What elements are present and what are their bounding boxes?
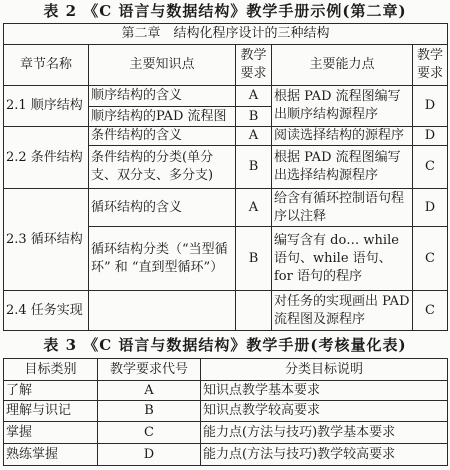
header-row: 章节名称 主要知识点 教学要求 主要能力点 教学要求 bbox=[4, 45, 448, 86]
section-name: 2.2 条件结构 bbox=[4, 127, 89, 189]
table-row: 掌握 C 能力点(方法与技巧)教学基本要求 bbox=[4, 422, 448, 444]
description: 能力点(方法与技巧)教学基本要求 bbox=[201, 422, 448, 444]
table-row: 2.2 条件结构 条件结构的含义 A 阅读选择结构的源程序 D bbox=[4, 127, 448, 146]
header-req1: 教学要求 bbox=[236, 45, 272, 86]
requirement-code: D bbox=[98, 444, 201, 466]
header-ability: 主要能力点 bbox=[272, 45, 413, 86]
ability-req: D bbox=[413, 86, 448, 127]
section-name: 2.1 顺序结构 bbox=[4, 86, 89, 127]
table-row: 熟练掌握 D 能力点(方法与技巧)教学较高要求 bbox=[4, 444, 448, 466]
header-row: 目标类别 教学要求代号 分类目标说明 bbox=[4, 359, 448, 381]
section-name: 2.3 循环结构 bbox=[4, 189, 89, 291]
ability-point: 给含有循环控制语句程序以注释 bbox=[272, 189, 413, 227]
header-knowledge: 主要知识点 bbox=[89, 45, 236, 86]
knowledge-point: 循环结构分类（“当型循环” 和 “直到型循环”） bbox=[89, 227, 236, 291]
knowledge-point: 循环结构的含义 bbox=[89, 189, 236, 227]
header-requirement-code: 教学要求代号 bbox=[98, 359, 201, 381]
target-category: 掌握 bbox=[4, 422, 98, 444]
assessment-quantification-table: 目标类别 教学要求代号 分类目标说明 了解 A 知识点教学基本要求 理解与识记 … bbox=[3, 358, 448, 466]
header-section: 章节名称 bbox=[4, 45, 89, 86]
requirement-code: A bbox=[98, 381, 201, 401]
ability-point: 编写含有 do… while 语句、while 语句、for 语句的程序 bbox=[272, 227, 413, 291]
target-category: 理解与识记 bbox=[4, 401, 98, 422]
chapter-title: 第二章 结构化程序设计的三种结构 bbox=[4, 24, 448, 45]
knowledge-point: 条件结构的含义 bbox=[89, 127, 236, 146]
ability-req: C bbox=[413, 227, 448, 291]
ability-point: 根据 PAD 流程图编写出选择结构源程序 bbox=[272, 146, 413, 189]
requirement-code: B bbox=[98, 401, 201, 422]
knowledge-req: B bbox=[236, 107, 272, 127]
header-req2: 教学要求 bbox=[413, 45, 448, 86]
description: 知识点教学基本要求 bbox=[201, 381, 448, 401]
ability-req: D bbox=[413, 127, 448, 146]
teaching-handbook-table: 第二章 结构化程序设计的三种结构 章节名称 主要知识点 教学要求 主要能力点 教… bbox=[3, 23, 448, 331]
ability-point: 阅读选择结构的源程序 bbox=[272, 127, 413, 146]
ability-req: D bbox=[413, 189, 448, 227]
knowledge-req: A bbox=[236, 86, 272, 107]
ability-point: 对任务的实现画出 PAD 流程图及源程序 bbox=[272, 291, 413, 331]
chapter-title-row: 第二章 结构化程序设计的三种结构 bbox=[4, 24, 448, 45]
ability-req: C bbox=[413, 291, 448, 331]
ability-req: C bbox=[413, 146, 448, 189]
header-description: 分类目标说明 bbox=[201, 359, 448, 381]
table2-caption: 表 2 《C 语言与数据结构》教学手册示例(第二章) bbox=[0, 1, 450, 21]
table-row: 2.1 顺序结构 顺序结构的含义 A 根据 PAD 流程图编写出顺序结构源程序 … bbox=[4, 86, 448, 107]
header-target-category: 目标类别 bbox=[4, 359, 98, 381]
description: 知识点教学较高要求 bbox=[201, 401, 448, 422]
target-category: 了解 bbox=[4, 381, 98, 401]
section-name: 2.4 任务实现 bbox=[4, 291, 89, 331]
table-row: 了解 A 知识点教学基本要求 bbox=[4, 381, 448, 401]
knowledge-req: A bbox=[236, 127, 272, 146]
knowledge-point bbox=[89, 291, 236, 331]
knowledge-req bbox=[236, 291, 272, 331]
table-row: 2.3 循环结构 循环结构的含义 A 给含有循环控制语句程序以注释 D bbox=[4, 189, 448, 227]
table-row: 理解与识记 B 知识点教学较高要求 bbox=[4, 401, 448, 422]
knowledge-req: B bbox=[236, 146, 272, 189]
knowledge-req: A bbox=[236, 189, 272, 227]
table-row: 2.4 任务实现 对任务的实现画出 PAD 流程图及源程序 C bbox=[4, 291, 448, 331]
table3-caption: 表 3 《C 语言与数据结构》教学手册(考核量化表) bbox=[0, 335, 450, 355]
requirement-code: C bbox=[98, 422, 201, 444]
target-category: 熟练掌握 bbox=[4, 444, 98, 466]
knowledge-point: 条件结构的分类(单分支、双分支、多分支) bbox=[89, 146, 236, 189]
ability-point: 根据 PAD 流程图编写出顺序结构源程序 bbox=[272, 86, 413, 127]
knowledge-point: 顺序结构的PAD 流程图 bbox=[89, 107, 236, 127]
knowledge-req: B bbox=[236, 227, 272, 291]
knowledge-point: 顺序结构的含义 bbox=[89, 86, 236, 107]
description: 能力点(方法与技巧)教学较高要求 bbox=[201, 444, 448, 466]
